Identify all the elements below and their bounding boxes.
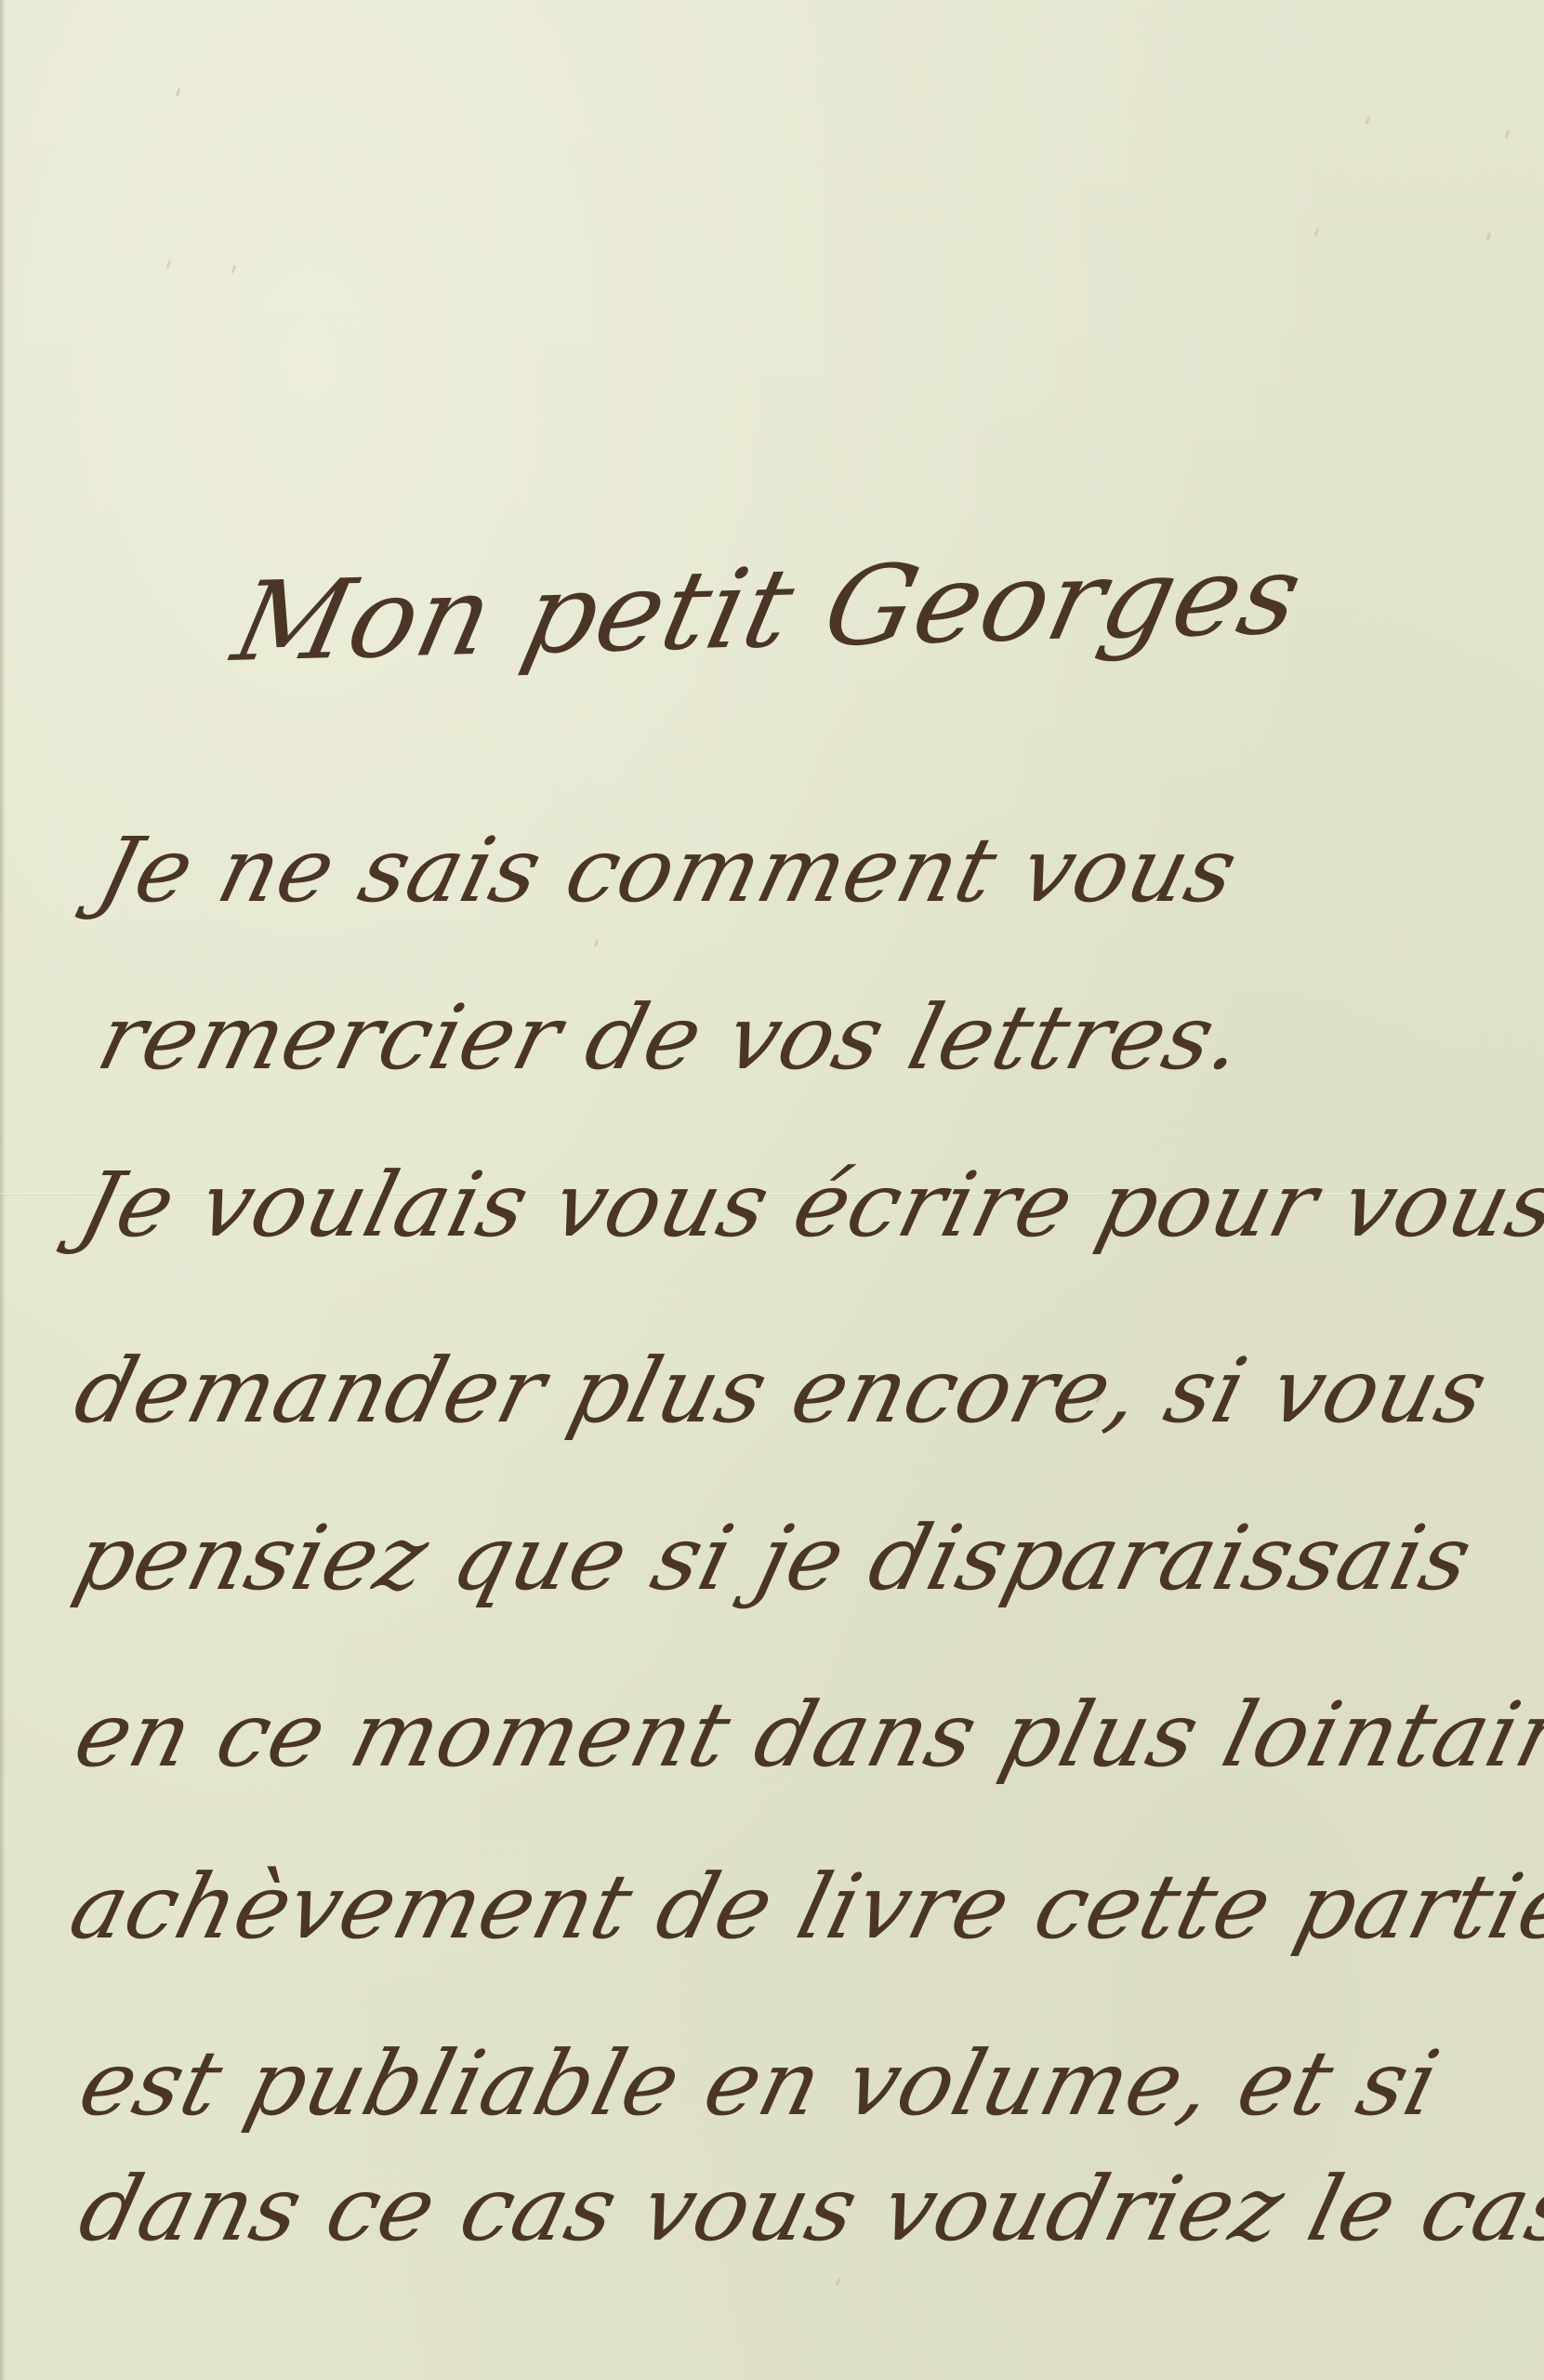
paper-speck (594, 939, 600, 947)
paper-speck (1505, 130, 1511, 139)
sheet-edge-shadow (0, 0, 6, 2380)
letter-line-9: dans ce cas vous voudriez le cas (70, 2157, 1544, 2261)
letter-line-5: pensiez que si je disparaissais (65, 1506, 1483, 1610)
letter-line-1: Je ne sais comment vous (88, 818, 1247, 922)
paper-speck (176, 88, 181, 97)
paper-speck (1486, 232, 1492, 241)
letter-line-4: demander plus encore, si vous (65, 1339, 1498, 1443)
letter-sheet: Mon petit Georges Je ne sais comment vou… (0, 0, 1544, 2380)
letter-line-8: est publiable en volume, et si (70, 2031, 1449, 2135)
paper-speck (231, 265, 237, 273)
letter-line-2: remercier de vos lettres. (88, 985, 1255, 1090)
paper-speck (836, 2278, 841, 2286)
letter-line-6: en ce moment dans plus lointain (65, 1683, 1544, 1787)
paper-speck (1366, 116, 1371, 125)
letter-salutation: Mon petit Georges (223, 530, 1313, 686)
letter-line-3: Je voulais vous écrire pour vous (70, 1153, 1544, 1257)
paper-speck (166, 260, 172, 269)
letter-line-7: achèvement de livre cette partie (60, 1855, 1544, 1959)
paper-speck (1314, 228, 1320, 236)
